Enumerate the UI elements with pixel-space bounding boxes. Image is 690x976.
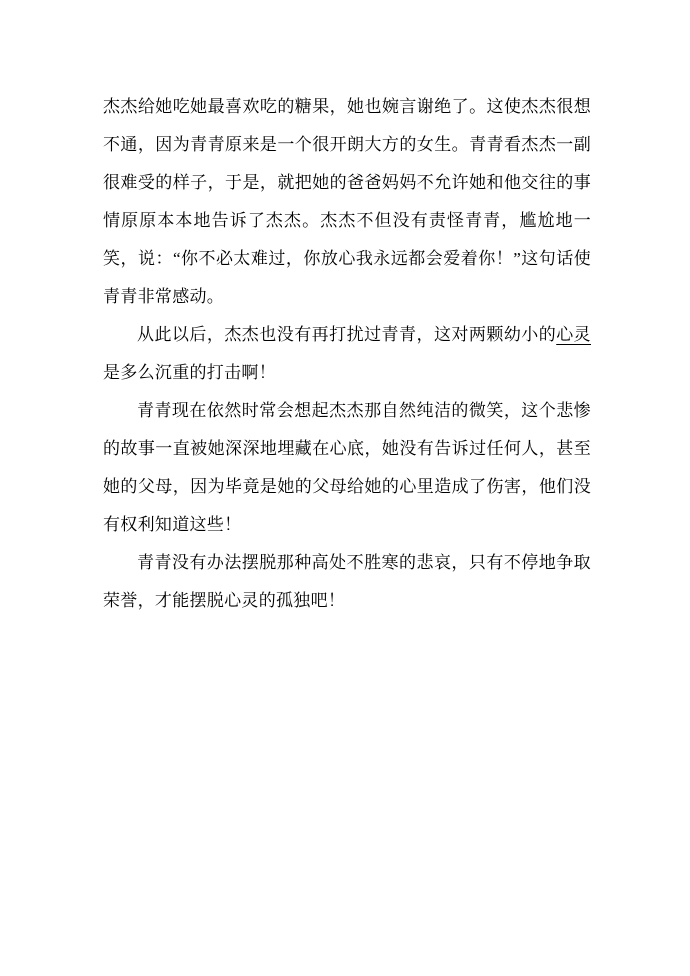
paragraph: 杰杰给她吃她最喜欢吃的糖果，她也婉言谢绝了。这使杰杰很想不通，因为青青原来是一个… <box>103 88 591 316</box>
paragraph: 青青没有办法摆脱那种高处不胜寒的悲哀，只有不停地争取荣誉，才能摆脱心灵的孤独吧！ <box>103 544 591 620</box>
underlined-text: 心灵 <box>556 325 591 344</box>
text-segment: 是多么沉重的打击啊！ <box>103 363 276 382</box>
text-segment: 青青没有办法摆脱那种高处不胜寒的悲哀，只有不停地争取荣誉，才能摆脱心灵的孤独吧！ <box>103 553 591 610</box>
text-segment: 从此以后，杰杰也没有再打扰过青青，这对两颗幼小的 <box>137 325 556 344</box>
text-segment: 杰杰给她吃她最喜欢吃的糖果，她也婉言谢绝了。这使杰杰很想不通，因为青青原来是一个… <box>103 97 591 306</box>
paragraph: 青青现在依然时常会想起杰杰那自然纯洁的微笑，这个悲惨的故事一直被她深深地埋藏在心… <box>103 392 591 544</box>
text-segment: 青青现在依然时常会想起杰杰那自然纯洁的微笑，这个悲惨的故事一直被她深深地埋藏在心… <box>103 401 591 534</box>
document-body: 杰杰给她吃她最喜欢吃的糖果，她也婉言谢绝了。这使杰杰很想不通，因为青青原来是一个… <box>103 88 591 620</box>
document-page: 杰杰给她吃她最喜欢吃的糖果，她也婉言谢绝了。这使杰杰很想不通，因为青青原来是一个… <box>0 0 690 976</box>
paragraph: 从此以后，杰杰也没有再打扰过青青，这对两颗幼小的心灵是多么沉重的打击啊！ <box>103 316 591 392</box>
